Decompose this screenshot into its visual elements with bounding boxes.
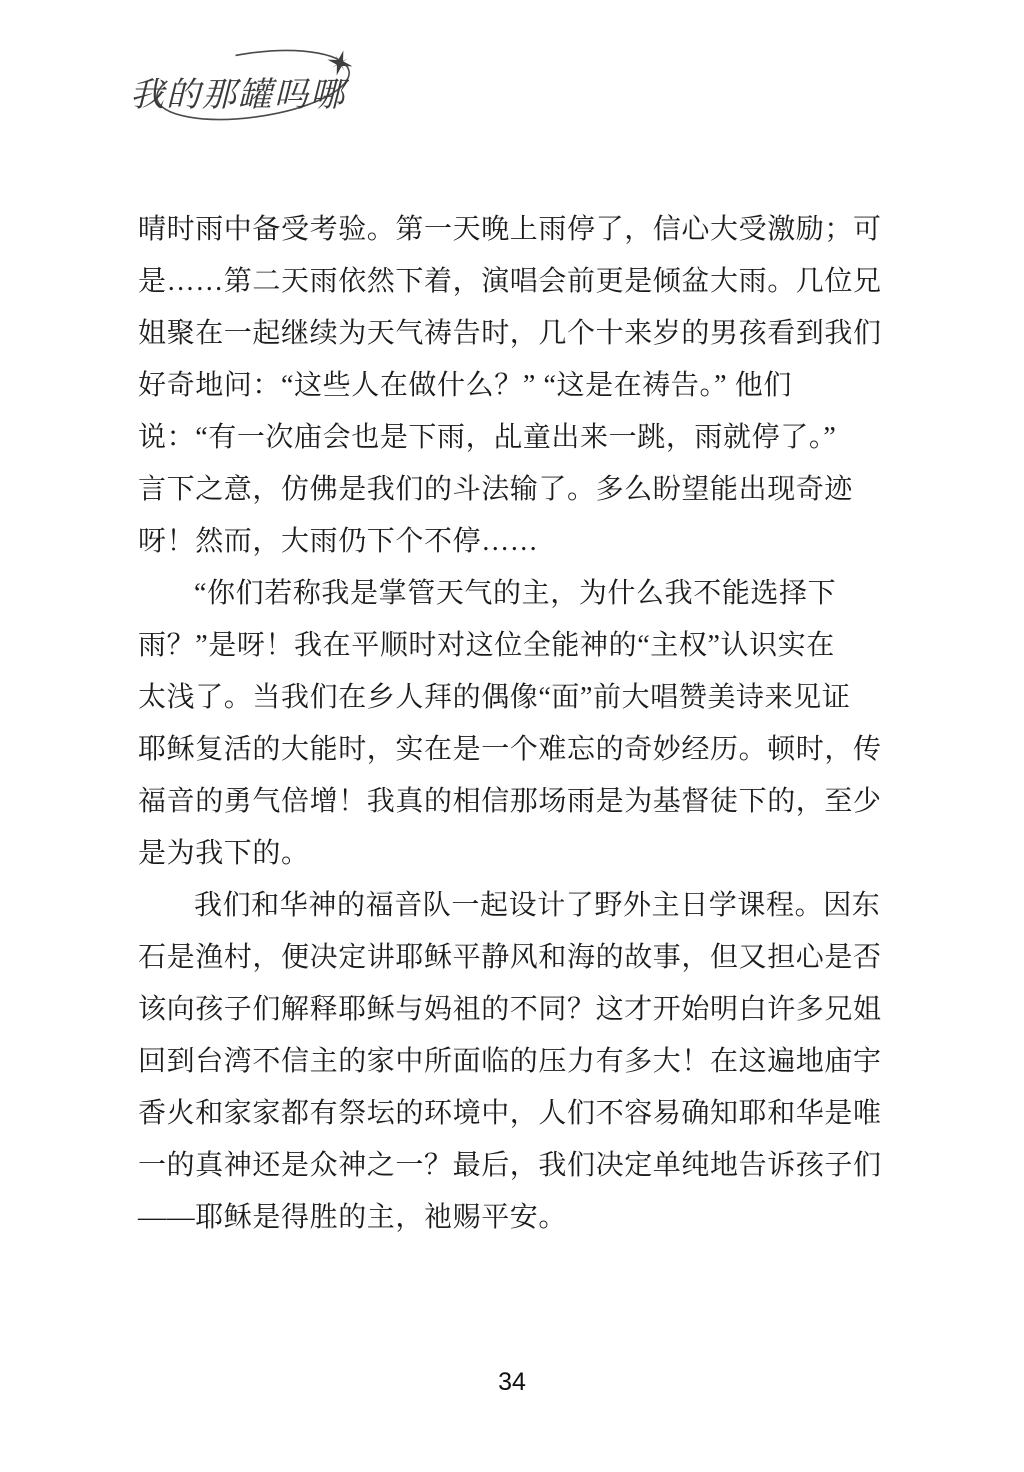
text-line: 太浅了。当我们在乡人拜的偶像“面”前大唱赞美诗来见证 (138, 672, 894, 724)
text-line: 姐聚在一起继续为天气祷告时，几个十来岁的男孩看到我们 (138, 308, 894, 360)
text-line: ——耶稣是得胜的主，祂赐平安。 (138, 1192, 894, 1244)
text-line: 耶稣复活的大能时，实在是一个难忘的奇妙经历。顿时，传 (138, 724, 894, 776)
book-logo: 我的那罐吗哪 (122, 34, 382, 134)
text-line: 言下之意，仿佛是我们的斗法输了。多么盼望能出现奇迹 (138, 464, 894, 516)
text-line: 是……第二天雨依然下着，演唱会前更是倾盆大雨。几位兄 (138, 256, 894, 308)
text-line: 是为我下的。 (138, 828, 894, 880)
paragraph: 晴时雨中备受考验。第一天晚上雨停了，信心大受激励；可 是……第二天雨依然下着，演… (138, 204, 894, 568)
text-line: “你们若称我是掌管天气的主，为什么我不能选择下 (138, 568, 894, 620)
paragraph: “你们若称我是掌管天气的主，为什么我不能选择下 雨？”是呀！我在平顺时对这位全能… (138, 568, 894, 880)
text-line: 好奇地问：“这些人在做什么？” “这是在祷告。” 他们 (138, 360, 894, 412)
page-number: 34 (0, 1368, 1024, 1397)
text-line: 说：“有一次庙会也是下雨，乩童出来一跳，雨就停了。” (138, 412, 894, 464)
text-line: 呀！然而，大雨仍下个不停…… (138, 516, 894, 568)
text-line: 我们和华神的福音队一起设计了野外主日学课程。因东 (138, 880, 894, 932)
book-page: 我的那罐吗哪 晴时雨中备受考验。第一天晚上雨停了，信心大受激励；可 是……第二天… (0, 0, 1024, 1472)
text-line: 福音的勇气倍增！我真的相信那场雨是为基督徒下的，至少 (138, 776, 894, 828)
text-line: 雨？”是呀！我在平顺时对这位全能神的“主权”认识实在 (138, 620, 894, 672)
text-line: 一的真神还是众神之一？最后，我们决定单纯地告诉孩子们 (138, 1140, 894, 1192)
text-line: 晴时雨中备受考验。第一天晚上雨停了，信心大受激励；可 (138, 204, 894, 256)
text-line: 香火和家家都有祭坛的环境中，人们不容易确知耶和华是唯 (138, 1088, 894, 1140)
body-text: 晴时雨中备受考验。第一天晚上雨停了，信心大受激励；可 是……第二天雨依然下着，演… (138, 204, 894, 1244)
logo-title: 我的那罐吗哪 (130, 75, 350, 115)
text-line: 回到台湾不信主的家中所面临的压力有多大！在这遍地庙宇 (138, 1036, 894, 1088)
text-line: 该向孩子们解释耶稣与妈祖的不同？这才开始明白许多兄姐 (138, 984, 894, 1036)
paragraph: 我们和华神的福音队一起设计了野外主日学课程。因东 石是渔村，便决定讲耶稣平静风和… (138, 880, 894, 1244)
text-line: 石是渔村，便决定讲耶稣平静风和海的故事，但又担心是否 (138, 932, 894, 984)
